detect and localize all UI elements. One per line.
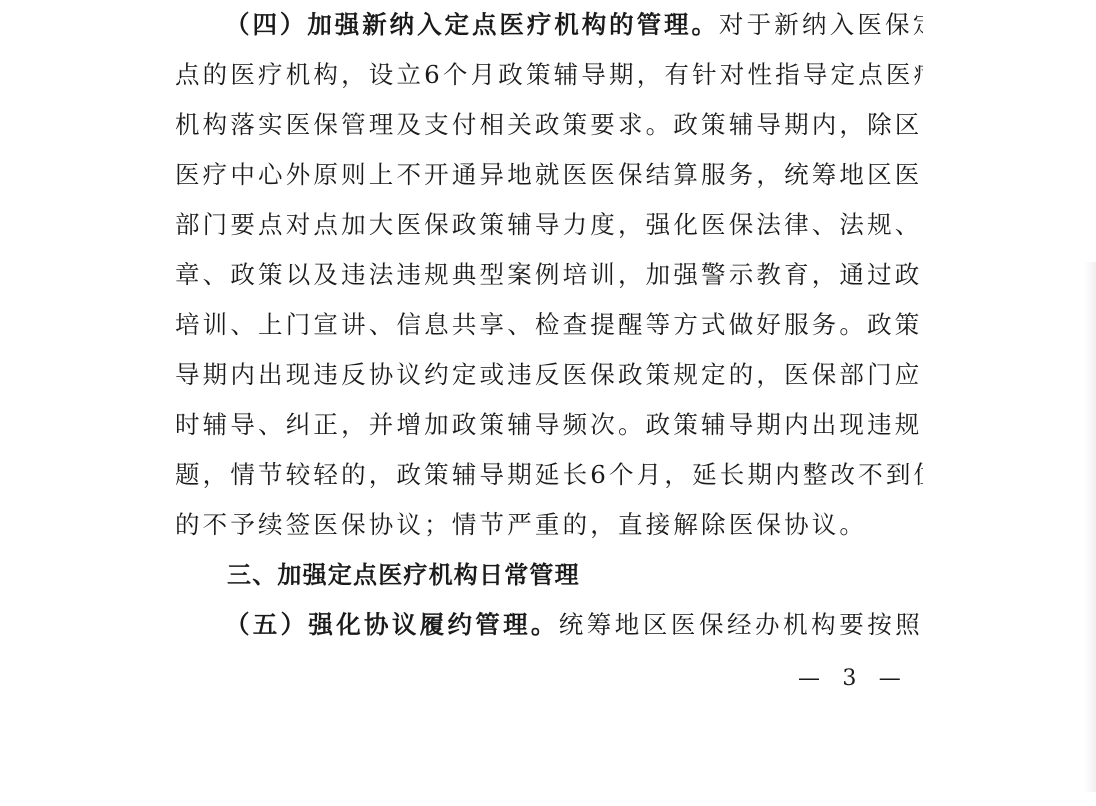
paragraph-4-line-6: 章、政策以及违法违规典型案例培训，加强警示教育，通过政策 <box>175 250 923 300</box>
page-number: — 3 — <box>798 666 898 691</box>
paragraph-4-line-10: 题，情节较轻的，政策辅导期延长6个月，延长期内整改不到位 <box>175 450 923 500</box>
paragraph-4-line-2: 点的医疗机构，设立6个月政策辅导期，有针对性指导定点医疗 <box>175 50 923 100</box>
paragraph-4-line-7: 培训、上门宣讲、信息共享、检查提醒等方式做好服务。政策辅 <box>175 300 923 350</box>
paragraph-4-text: 对于新纳入医保定 <box>719 10 923 39</box>
document-body: （四）加强新纳入定点医疗机构的管理。对于新纳入医保定 点的医疗机构，设立6个月政… <box>175 0 923 650</box>
paragraph-4-line-9: 时辅导、纠正，并增加政策辅导频次。政策辅导期内出现违规问 <box>175 400 923 450</box>
paragraph-4-line-3: 机构落实医保管理及支付相关政策要求。政策辅导期内，除区域 <box>175 100 923 150</box>
paragraph-4-line-8: 导期内出现违反协议约定或违反医保政策规定的，医保部门应及 <box>175 350 923 400</box>
paragraph-4-line-5: 部门要点对点加大医保政策辅导力度，强化医保法律、法规、规 <box>175 200 923 250</box>
page-edge-shadow <box>1084 262 1096 792</box>
paragraph-4-line-4: 医疗中心外原则上不开通异地就医医保结算服务，统筹地区医保 <box>175 150 923 200</box>
paragraph-5-line-1: （五）强化协议履约管理。统筹地区医保经办机构要按照 <box>175 600 923 650</box>
paragraph-5-text: 统筹地区医保经办机构要按照 <box>559 610 923 639</box>
paragraph-5-lead: （五）强化协议履约管理。 <box>225 610 559 639</box>
paragraph-4-line-11: 的不予续签医保协议；情节严重的，直接解除医保协议。 <box>175 500 923 550</box>
paragraph-4-lead: （四）加强新纳入定点医疗机构的管理。 <box>225 10 719 39</box>
paragraph-4-line-1: （四）加强新纳入定点医疗机构的管理。对于新纳入医保定 <box>175 0 923 50</box>
section-3-heading: 三、加强定点医疗机构日常管理 <box>175 550 923 600</box>
document-page: （四）加强新纳入定点医疗机构的管理。对于新纳入医保定 点的医疗机构，设立6个月政… <box>0 0 1096 806</box>
